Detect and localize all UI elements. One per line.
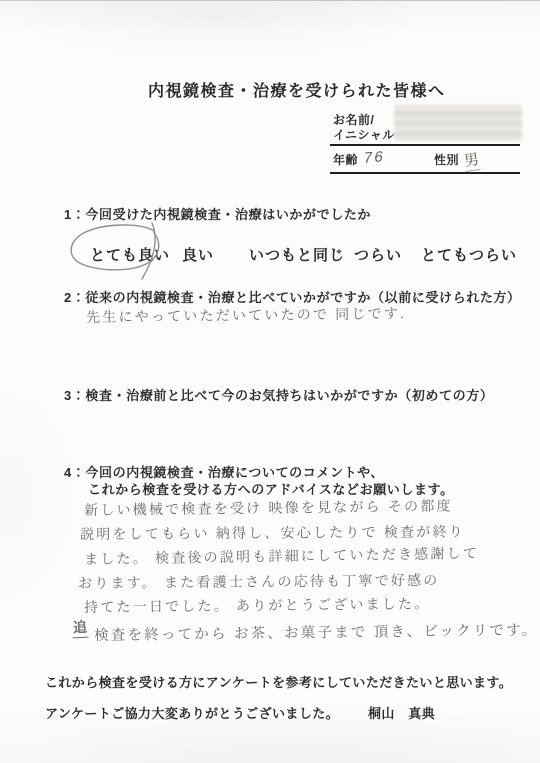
option-very-hard: とてもつらい <box>421 244 517 265</box>
selection-circle-mark <box>66 221 176 285</box>
question-4-answer-line: おります。 また看護士さんの応待も丁寧で好感の <box>78 570 440 593</box>
postscript-mark-handwritten: 追 <box>72 617 88 638</box>
form-divider-line <box>330 144 520 146</box>
scanned-questionnaire-page: 内視鏡検査・治療を受けられた皆様へ お名前/ イニシャル 年齢 76 性別 男 … <box>0 0 540 763</box>
footer-signature: 桐山 真典 <box>368 703 435 722</box>
gender-label: 性別 <box>434 151 459 168</box>
age-label: 年齢 <box>333 151 358 168</box>
footer-note: これから検査を受ける方にアンケートを参考にしていただきたいと思います。 <box>45 672 512 691</box>
question-3-label: 3：検査・治療前と比べて今のお気持ちはいかがですか（初めての方） <box>64 385 493 404</box>
form-divider-line-2 <box>330 172 520 174</box>
postscript-handwritten: 検査を終ってから お茶、お菓子まで 頂き、ビックリです。 <box>94 619 539 645</box>
option-same-as-usual: いつもと同じ <box>249 244 345 265</box>
page-title: 内視鏡検査・治療を受けられた皆様へ <box>148 78 446 101</box>
question-4-answer-line: 説明をしてもらい 納得し、安心したりで 検査が終り <box>80 521 465 544</box>
name-label-line2: イニシャル <box>333 126 395 143</box>
respondent-info-block: お名前/ イニシャル 年齢 76 性別 男 <box>330 107 520 177</box>
age-value-handwritten: 76 <box>364 149 385 167</box>
footer-thanks: アンケートご協力大変ありがとうございました。 <box>45 703 339 722</box>
option-good: 良い <box>182 244 214 265</box>
question-4-answer-line: ました。 検査後の説明も詳細にしていただき感謝して <box>84 543 479 569</box>
question-4-answer-line: 新しい機械で検査を受け 映像を見ながら その都度 <box>84 495 453 520</box>
gender-value-handwritten: 男 <box>464 149 479 171</box>
question-2-answer-handwritten: 先生にやっていただいていたので 同じです. <box>86 303 406 327</box>
redacted-name-value <box>394 105 522 141</box>
question-4-answer-line: 持てた一日でした。 ありがとうございました。 <box>84 593 430 617</box>
option-hard: つらい <box>354 244 402 265</box>
question-2-label: 2：従来の内視鏡検査・治療と比べていかがですか（以前に受けられた方） <box>64 287 521 306</box>
